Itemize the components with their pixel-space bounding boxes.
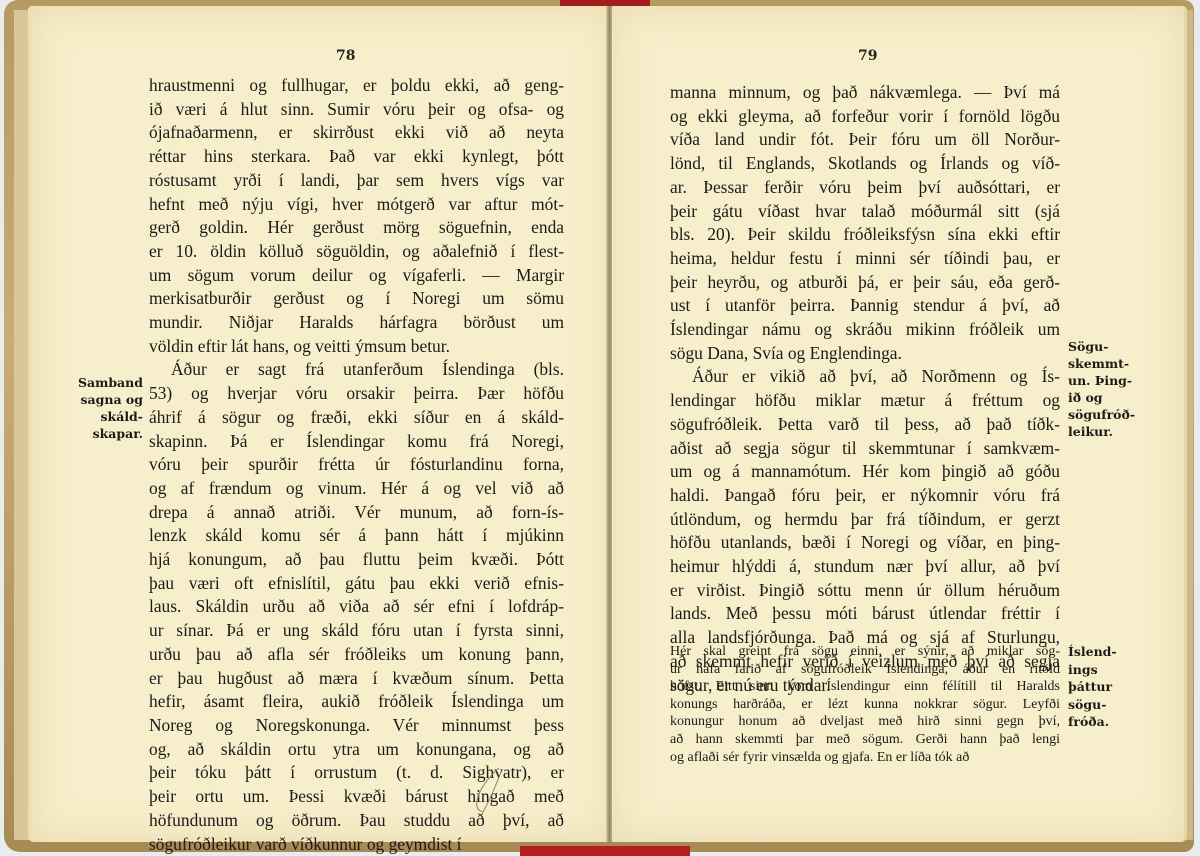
margin-note-line: skemmt- [1068, 355, 1148, 372]
text-line: 53) og hverjar vóru orsakir þeirra. Þær … [149, 382, 564, 406]
text-line: mundir. Niðjar Haralds hárfagra börðust … [149, 311, 564, 335]
margin-note-line: ið og [1068, 389, 1148, 406]
small-print-text: Hér skal greint frá sögu einni, er sýnir… [670, 643, 1060, 766]
text-line: þeir heyrðu, og atburði þá, er þeir sáu,… [670, 271, 1060, 295]
margin-note-line: ings [1068, 661, 1148, 679]
text-line: sögufróðleikur varð víðkunnur og geymdis… [149, 833, 564, 856]
pencil-mark [471, 766, 511, 816]
text-line: áhrif á sögur og fræði, ekki síður en á … [149, 406, 564, 430]
text-line: um og á mannamótum. Hér kom þingið að gó… [670, 460, 1060, 484]
margin-note-line: Íslend- [1068, 643, 1148, 661]
text-line: þeir gátu víðast hvar talað móðurmál sit… [670, 200, 1060, 224]
text-line: höfðu utanlands, bæði í Noregi og víðar,… [670, 531, 1060, 555]
text-line: ójafnaðarmenn, er skirrðust ekki við að … [149, 121, 564, 145]
page-number: 79 [858, 48, 877, 64]
page-number: 78 [336, 48, 355, 64]
text-line: bls. 20). Þeir skildu fróðleiksfýsn sína… [670, 223, 1060, 247]
text-line: hraustmenni og fullhugar, er þoldu ekki,… [149, 74, 564, 98]
text-line: og, að skáldin ortu ytra um konungana, o… [149, 738, 564, 762]
text-line: sögu Dana, Svía og Englendinga. [670, 342, 1060, 366]
text-line: vóru þeir spurðir frétta úr fósturlandin… [149, 453, 564, 477]
margin-note-line: Sögu- [1068, 338, 1148, 355]
text-line: gerð goldin. Hér gerðust mörg söguefnin,… [149, 216, 564, 240]
text-line: og af frændum og vinum. Hér á og vel við… [149, 477, 564, 501]
text-line: Áður er vikið að því, að Norðmenn og Ís- [670, 365, 1060, 389]
text-line: konungs harðráða, er lézt kunna nokkrar … [670, 696, 1060, 714]
text-line: heimur hlýddi á, stundum nær því allur, … [670, 555, 1060, 579]
text-line: um sögum vorum deilur og vígaferli. — Ma… [149, 264, 564, 288]
text-line: Noreg og Noregskonunga. Vér minnumst þes… [149, 714, 564, 738]
margin-note-line: fróða. [1068, 713, 1148, 731]
text-line: Hér skal greint frá sögu einni, er sýnir… [670, 643, 1060, 661]
text-line: ið væri á hlut sinn. Sumir vóru þeir og … [149, 98, 564, 122]
margin-note: Sögu-skemmt-un. Þing-ið ogsögufróð-leiku… [1068, 338, 1148, 440]
text-line: hefnt með nýju vígi, hver mótgerð var af… [149, 193, 564, 217]
text-line: réttar hins sterkara. Það var ekki kynle… [149, 145, 564, 169]
text-line: haldi. Þangað fóru þeir, er nýkomnir vór… [670, 484, 1060, 508]
text-line: lenzk skáld komu sér á þann hátt í mjúki… [149, 524, 564, 548]
text-line: ur sínar. Þá er ung skáld fóru utan í fy… [149, 619, 564, 643]
text-line: aðist að segja sögur til skemmtunar í sa… [670, 437, 1060, 461]
text-line: manna minnum, og það nákvæmlega. — Því m… [670, 81, 1060, 105]
text-line: Íslendingar námu og skráðu mikinn fróðle… [670, 318, 1060, 342]
text-line: er 10. öldin kölluð söguöldin, og aðalef… [149, 240, 564, 264]
margin-note-line: sögu- [1068, 696, 1148, 714]
text-line: og aflaði sér fyrir vinsælda og gjafa. E… [670, 749, 1060, 767]
margin-note-line: Samband [67, 374, 143, 391]
text-line: Áður er sagt frá utanferðum Íslendinga (… [149, 358, 564, 382]
text-line: merkisatburðir gerðust og í Noregi um sö… [149, 287, 564, 311]
margin-note-line: sagna og [67, 391, 143, 408]
text-line: að hann skemmti þar með sögum. Gerði han… [670, 731, 1060, 749]
text-line: hefir, ásamt fleira, aukið fróðleik Ísle… [149, 690, 564, 714]
text-line: heima, heldur festu í minni sér tíðindi … [670, 247, 1060, 271]
margin-note-line: sögufróð- [1068, 406, 1148, 423]
margin-note-line: þáttur [1068, 678, 1148, 696]
text-line: víða land undir fót. Þeir fóru um öll No… [670, 128, 1060, 152]
text-line: ust í utanför þeirra. Þannig stendur á þ… [670, 294, 1060, 318]
text-line: lands. Með þessu móti bárust útlendar fr… [670, 602, 1060, 626]
body-text: hraustmenni og fullhugar, er þoldu ekki,… [149, 74, 564, 856]
text-line: skapinn. Þá er Íslendingar komu frá Nore… [149, 430, 564, 454]
margin-note-line: skáld- [67, 408, 143, 425]
margin-note-line: un. Þing- [1068, 372, 1148, 389]
text-line: róstusamt yrði í landi, þar sem hvers ví… [149, 169, 564, 193]
body-text: manna minnum, og það nákvæmlega. — Því m… [670, 81, 1060, 697]
text-line: hófst. Eitt sinn kom Íslendingur einn fé… [670, 678, 1060, 696]
text-line: ur hafa farið af sögufróðleik Íslendinga… [670, 661, 1060, 679]
text-line: sögufróðleik. Þetta varð til þess, að þa… [670, 413, 1060, 437]
text-line: konungur honum að dveljast með hirð sinn… [670, 713, 1060, 731]
margin-note-line: skapar. [67, 425, 143, 442]
margin-note-small: Íslend-ingsþáttursögu-fróða. [1068, 643, 1148, 731]
text-line: drepa á annað atriði. Vér munum, að forn… [149, 501, 564, 525]
text-line: völdin eftir lát hans, og veitti ýmsum b… [149, 335, 564, 359]
text-line: og ekki gleyma, að forfeður vorir í forn… [670, 105, 1060, 129]
text-line: urðu þau að afla sér fróðleiks um konung… [149, 643, 564, 667]
text-line: ar. Þessar ferðir vóru þeim því auðsótta… [670, 176, 1060, 200]
margin-note-line: leikur. [1068, 423, 1148, 440]
text-line: lendingar höfðu miklar mætur á fréttum o… [670, 389, 1060, 413]
text-line: útlöndum, og hermdu þar frá tíðindum, er… [670, 508, 1060, 532]
text-line: er þau hugðust að mæra í kvæðum sínum. Þ… [149, 667, 564, 691]
text-line: er virðist. Þingið sóttu menn úr öllum h… [670, 579, 1060, 603]
margin-note: Sambandsagna ogskáld-skapar. [67, 374, 143, 442]
text-line: laus. Skáldin urðu að viða að sér efni í… [149, 595, 564, 619]
text-line: lönd, til Englands, Skotlands og Írlands… [670, 152, 1060, 176]
right-page: 79 manna minnum, og það nákvæmlega. — Þv… [612, 6, 1187, 842]
left-page: 78 hraustmenni og fullhugar, er þoldu ek… [28, 6, 613, 842]
text-line: hjá konungum, að þau fluttu þeim kvæði. … [149, 548, 564, 572]
text-line: þau væri oft efnislítil, gátu þau ekki v… [149, 572, 564, 596]
